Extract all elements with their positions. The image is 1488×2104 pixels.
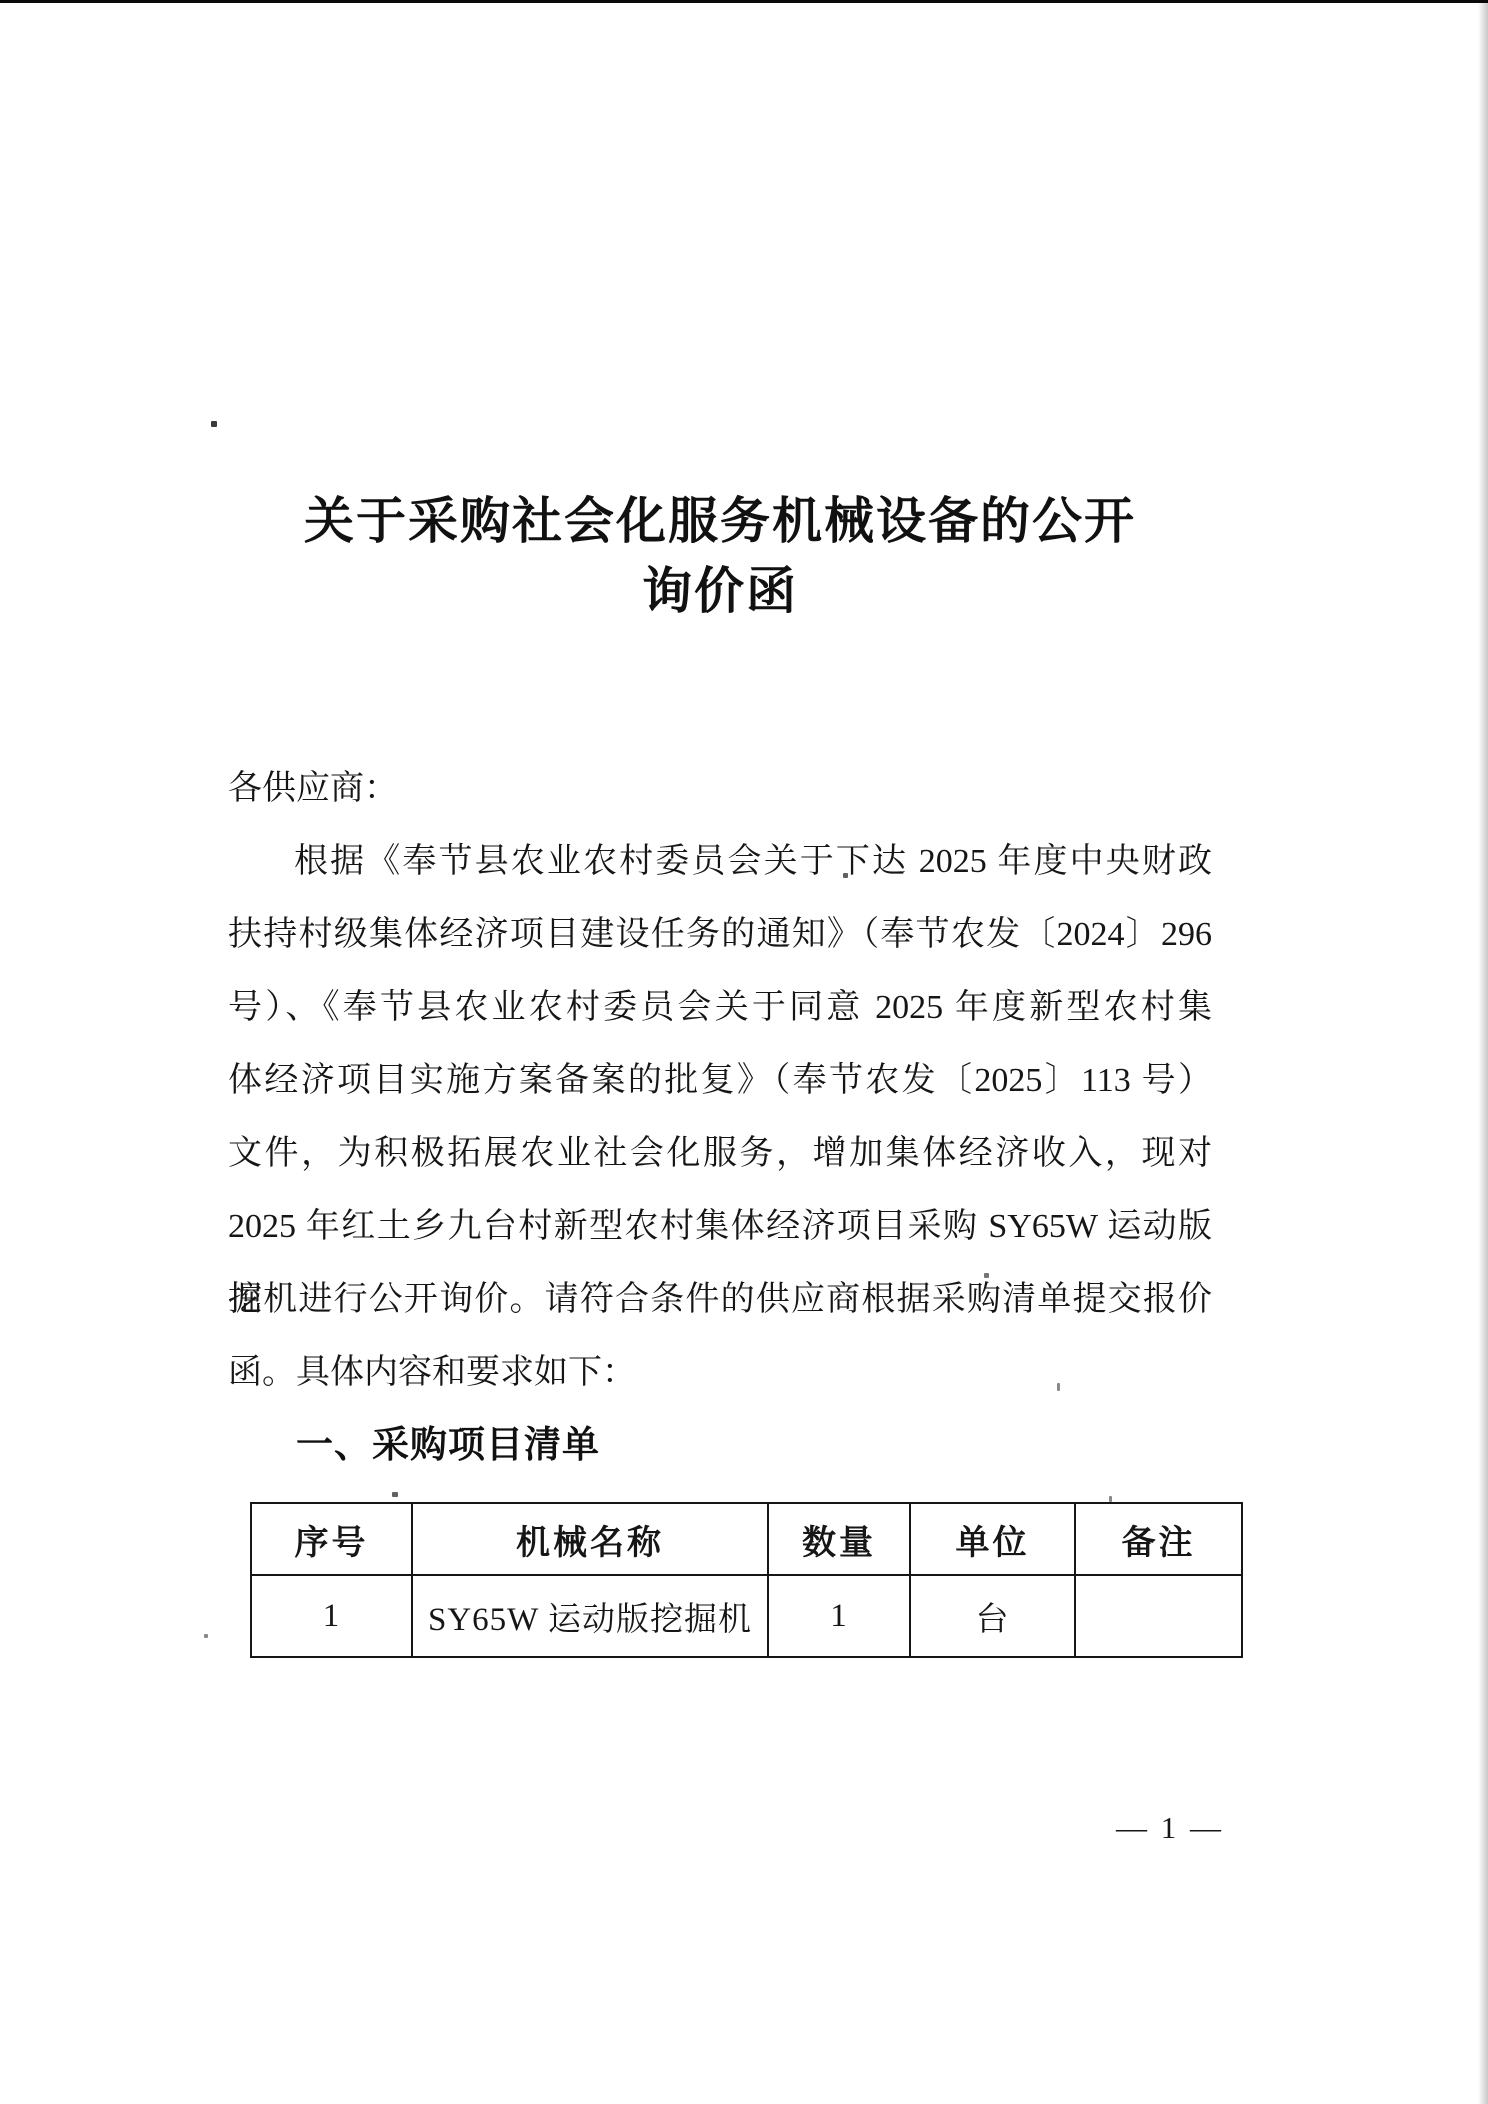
body-line: 根据《奉节县农业农村委员会关于下达 2025 年度中央财政 <box>228 825 1212 898</box>
scan-speck <box>1109 1496 1112 1502</box>
scan-speck <box>843 873 848 878</box>
salutation: 各供应商： <box>228 752 1212 825</box>
scan-speck <box>204 1634 208 1638</box>
document-title-line-2: 询价函 <box>228 556 1212 626</box>
body-line: 文件，为积极拓展农业社会化服务，增加集体经济收入，现对 <box>228 1117 1212 1190</box>
table-row: 1 SY65W 运动版挖掘机 1 台 <box>251 1575 1242 1657</box>
body-line: 体经济项目实施方案备案的批复》（奉节农发〔2025〕113 号） <box>228 1044 1212 1117</box>
document-body: 各供应商： 根据《奉节县农业农村委员会关于下达 2025 年度中央财政 扶持村级… <box>228 752 1212 1409</box>
column-header-seq: 序号 <box>251 1503 412 1575</box>
scan-artifact-right-edge-shadow <box>1478 0 1488 2104</box>
body-line: 号）、《奉节县农业农村委员会关于同意 2025 年度新型农村集 <box>228 971 1212 1044</box>
column-header-name: 机械名称 <box>412 1503 768 1575</box>
document-title-line-1: 关于采购社会化服务机械设备的公开 <box>228 486 1212 556</box>
column-header-note: 备注 <box>1075 1503 1242 1575</box>
table-header-row: 序号 机械名称 数量 单位 备注 <box>251 1503 1242 1575</box>
cell-name: SY65W 运动版挖掘机 <box>412 1575 768 1657</box>
body-line: 扶持村级集体经济项目建设任务的通知》（奉节农发〔2024〕296 <box>228 898 1212 971</box>
cell-seq: 1 <box>251 1575 412 1657</box>
cell-unit: 台 <box>910 1575 1075 1657</box>
column-header-unit: 单位 <box>910 1503 1075 1575</box>
section-heading-procurement-list: 一、采购项目清单 <box>296 1414 600 1468</box>
scanned-document-page: 关于采购社会化服务机械设备的公开 询价函 各供应商： 根据《奉节县农业农村委员会… <box>0 0 1488 2104</box>
scan-speck <box>392 1492 398 1497</box>
column-header-qty: 数量 <box>768 1503 910 1575</box>
body-line: 函。具体内容和要求如下： <box>228 1336 1212 1409</box>
scan-speck <box>1057 1383 1060 1391</box>
body-line: 2025 年红土乡九台村新型农村集体经济项目采购 SY65W 运动版挖 <box>228 1190 1212 1263</box>
procurement-items-table: 序号 机械名称 数量 单位 备注 1 SY65W 运动版挖掘机 1 台 <box>250 1502 1243 1658</box>
cell-qty: 1 <box>768 1575 910 1657</box>
cell-note <box>1075 1575 1242 1657</box>
scan-speck <box>211 421 217 427</box>
page-number: — 1 — <box>1095 1810 1245 1846</box>
scan-artifact-top-bar <box>0 0 1488 3</box>
body-line: 掘机进行公开询价。请符合条件的供应商根据采购清单提交报价 <box>228 1263 1212 1336</box>
scan-speck <box>984 1273 989 1278</box>
document-title: 关于采购社会化服务机械设备的公开 询价函 <box>228 486 1212 626</box>
